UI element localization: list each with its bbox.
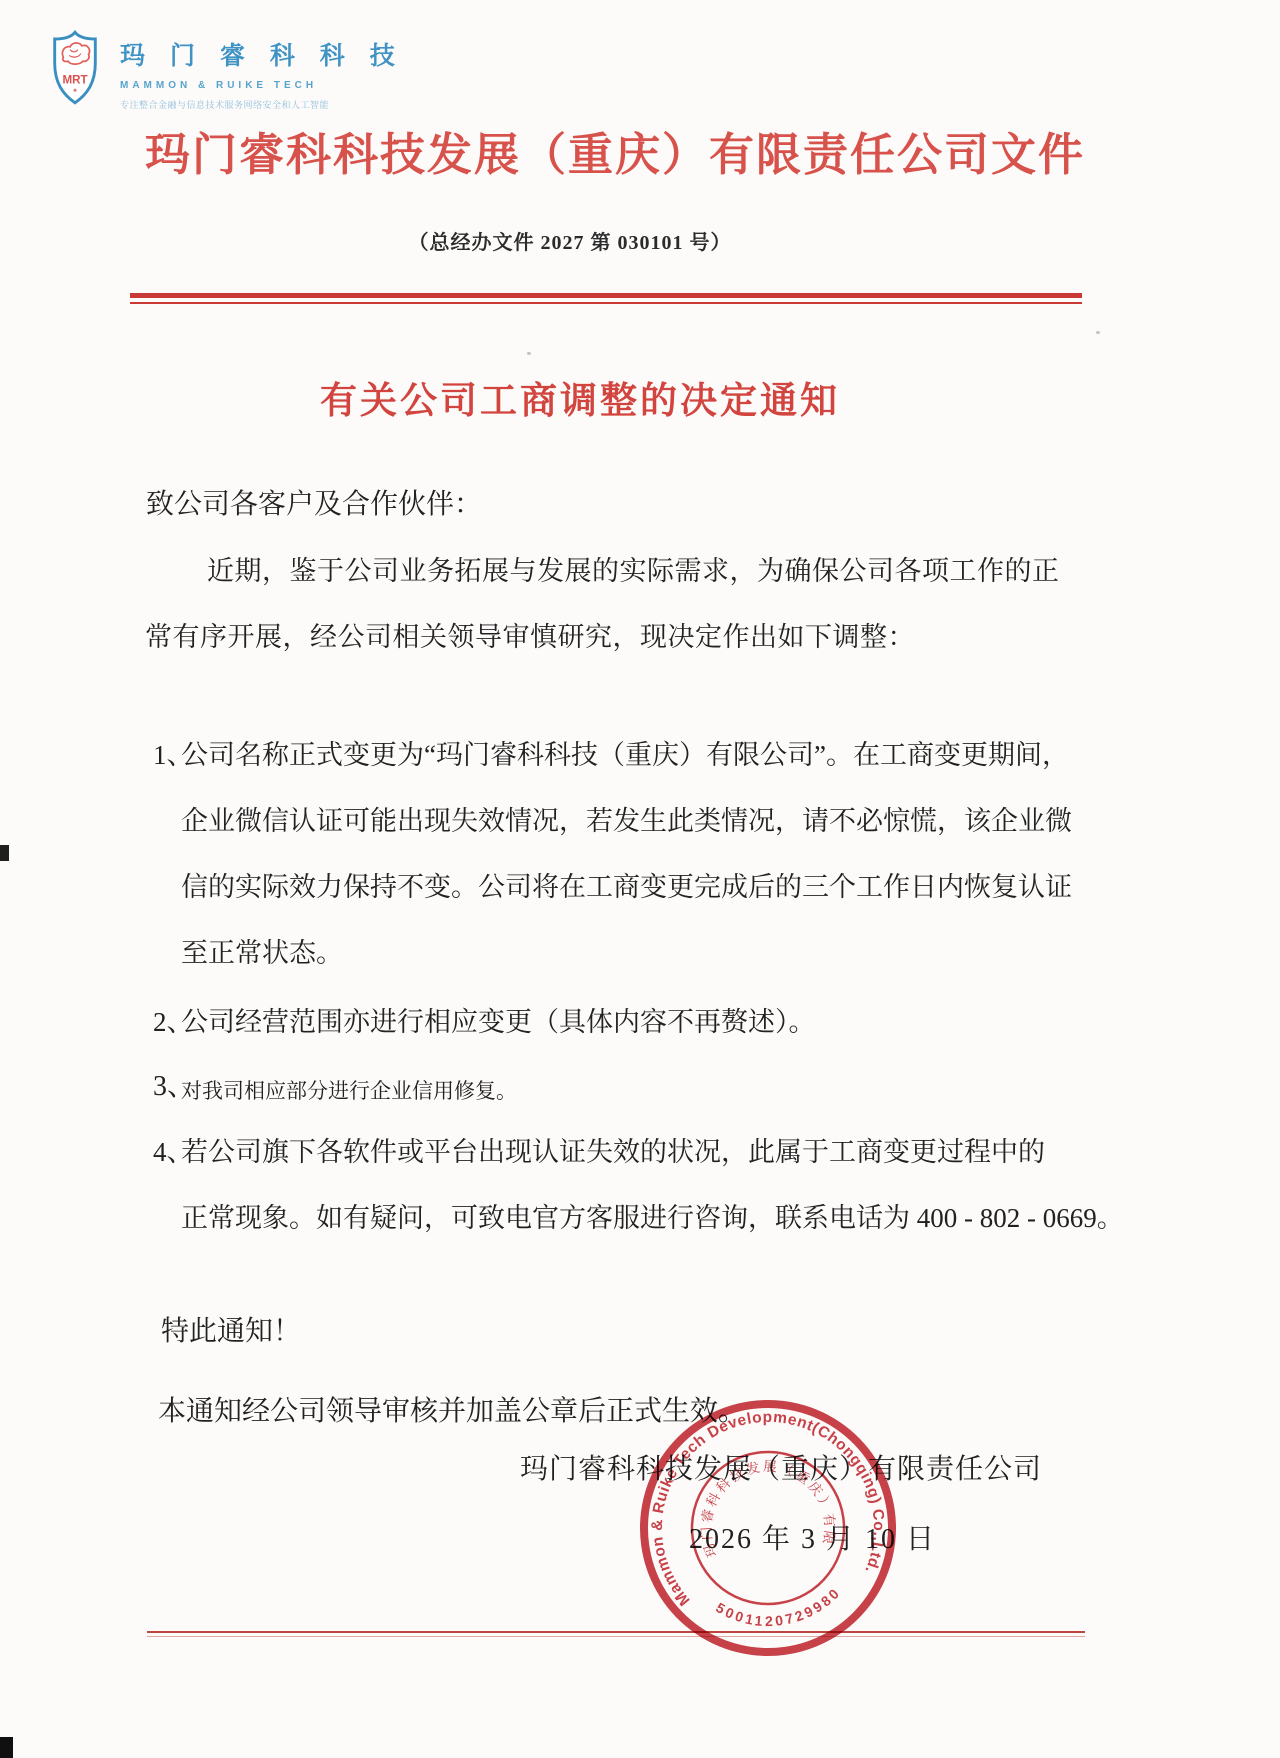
- logo-company-name-cn: 玛 门 睿 科 科 技: [120, 36, 404, 72]
- scan-speck: [527, 352, 531, 355]
- svg-text:Mammon & Ruike Tech Developmen: Mammon & Ruike Tech Development(Chongqin…: [636, 1396, 895, 1612]
- list-item-4-line-1: 若公司旗下各软件或平台出现认证失效的状况，此属于工商变更过程中的: [181, 1119, 1125, 1185]
- list-item-1: 1、 公司名称正式变更为“玛门睿科科技（重庆）有限公司”。在工商变更期间， 企业…: [145, 722, 1125, 986]
- list-item-2-line-1: 公司经营范围亦进行相应变更（具体内容不再赘述）。: [181, 989, 1125, 1055]
- list-item-4-marker: 4、: [153, 1119, 194, 1185]
- intro-line-2: 常有序开展，经公司相关领导审慎研究，现决定作出如下调整：: [145, 604, 1090, 670]
- list-item-1-line-2: 企业微信认证可能出现失效情况，若发生此类情况，请不必惊慌，该企业微: [181, 788, 1125, 854]
- seal-ring-text-en: Mammon & Ruike Tech Development(Chongqin…: [636, 1396, 895, 1612]
- salutation: 致公司各客户及合作伙伴：: [146, 482, 482, 522]
- intro-paragraph: 近期，鉴于公司业务拓展与发展的实际需求，为确保公司各项工作的正 常有序开展，经公…: [145, 538, 1090, 670]
- logo-monogram: MRT: [62, 73, 87, 86]
- list-item-2: 2、 公司经营范围亦进行相应变更（具体内容不再赘述）。: [145, 989, 1125, 1055]
- red-divider-thick: [130, 293, 1082, 298]
- closing-note: 特此通知！: [161, 1309, 301, 1349]
- list-item-1-line-3: 信的实际效力保持不变。公司将在工商变更完成后的三个工作日内恢复认证: [181, 854, 1125, 920]
- list-item-2-marker: 2、: [153, 989, 194, 1055]
- notice-heading: 有关公司工商调整的决定通知: [0, 370, 1160, 424]
- red-divider-thin: [130, 302, 1082, 304]
- shield-logo-icon: MRT: [46, 28, 104, 108]
- scan-artifact-left-edge: [0, 845, 9, 861]
- logo-text-block: 玛 门 睿 科 科 技 MAMMON & RUIKE TECH 专注整合金融与信…: [120, 28, 404, 111]
- intro-line-1: 近期，鉴于公司业务拓展与发展的实际需求，为确保公司各项工作的正: [145, 538, 1090, 604]
- logo-company-name-en: MAMMON & RUIKE TECH: [120, 80, 404, 91]
- footer-rule: [147, 1631, 1085, 1637]
- list-item-1-line-4: 至正常状态。: [181, 920, 1125, 986]
- list-item-3-marker: 3、: [153, 1056, 195, 1118]
- scan-speck: [1096, 331, 1100, 334]
- list-item-1-line-1: 公司名称正式变更为“玛门睿科科技（重庆）有限公司”。在工商变更期间，: [181, 722, 1125, 788]
- list-item-1-marker: 1、: [153, 722, 194, 788]
- document-page: MRT 玛 门 睿 科 科 技 MAMMON & RUIKE TECH 专注整合…: [0, 0, 1280, 1758]
- scan-artifact-bottom-left: [0, 1737, 13, 1758]
- logo-dot: [73, 89, 76, 92]
- company-logo: MRT 玛 门 睿 科 科 技 MAMMON & RUIKE TECH 专注整合…: [46, 28, 404, 111]
- document-title: 玛门睿科科技发展（重庆）有限责任公司文件: [0, 118, 1230, 183]
- logo-tagline: 专注整合金融与信息技术服务网络安全和人工智能: [120, 98, 404, 111]
- list-item-4: 4、 若公司旗下各软件或平台出现认证失效的状况，此属于工商变更过程中的 正常现象…: [145, 1119, 1125, 1251]
- list-item-4-line-2: 正常现象。如有疑问，可致电官方客服进行咨询，联系电话为 400 - 802 - …: [181, 1185, 1125, 1251]
- document-number: （总经办文件 2027 第 030101 号）: [0, 226, 1140, 255]
- list-item-3-line-1: 对我司相应部分进行企业信用修复。: [181, 1060, 1125, 1122]
- svg-text:5001120729980: 5001120729980: [712, 1582, 848, 1637]
- seal-serial-number: 5001120729980: [712, 1582, 848, 1637]
- list-item-3: 3、 对我司相应部分进行企业信用修复。: [145, 1060, 1125, 1122]
- company-seal-stamp: Mammon & Ruike Tech Development(Chongqin…: [636, 1396, 900, 1660]
